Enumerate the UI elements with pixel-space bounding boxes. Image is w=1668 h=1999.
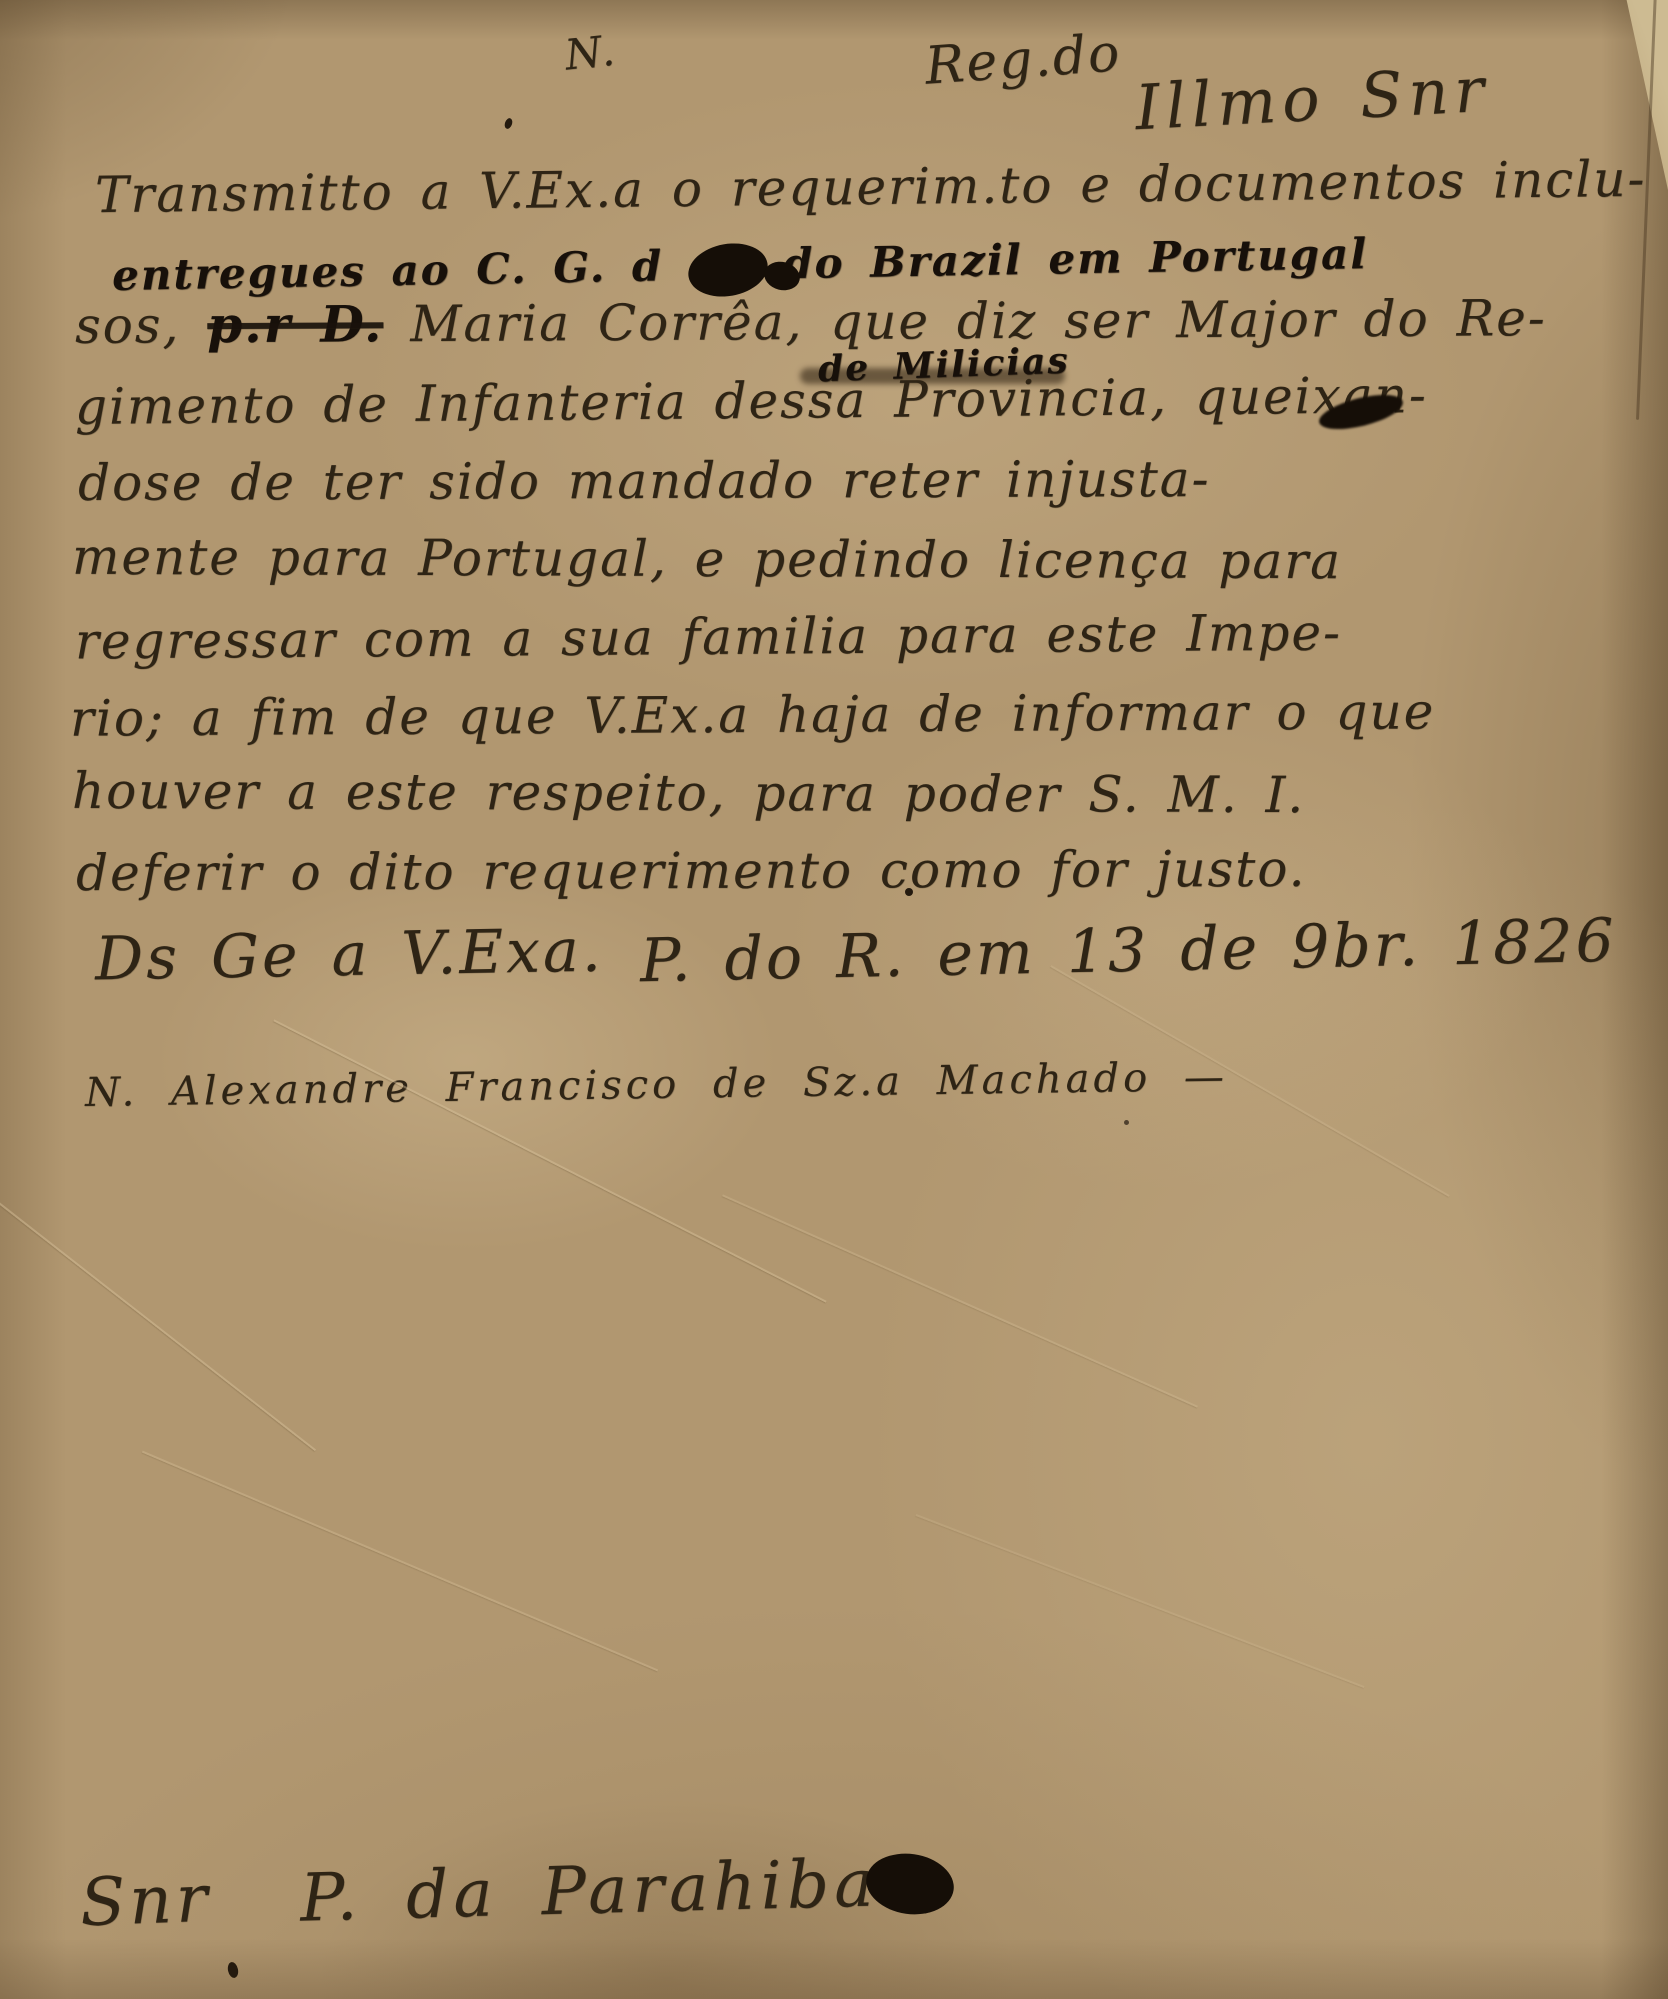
paper-crease (142, 1451, 658, 1672)
manuscript-line-9: deferir o dito requerimento como for jus… (76, 840, 1307, 902)
salutation: Illmo Snr (1133, 53, 1491, 144)
line-2-pre: sos, (75, 296, 181, 355)
corner-mark: N. (563, 25, 619, 79)
paper-crease (722, 1194, 1198, 1407)
manuscript-line-6: regressar com a sua familia para este Im… (75, 604, 1342, 671)
manuscript-page: N. Reg.do Illmo Snr Transmitto a V.Ex.a … (0, 0, 1668, 1999)
manuscript-line-8: houver a este respeito, para poder S. M.… (72, 762, 1305, 824)
place-and-date: P. do R. em 13 de 9br. 1826 (639, 906, 1617, 996)
manuscript-line-1: Transmitto a V.Ex.a o requerim.to e docu… (95, 150, 1647, 224)
manuscript-line-2: sos, p.r D. Maria Corrêa, que diz ser Ma… (75, 288, 1547, 355)
ink-speck (1124, 1120, 1129, 1125)
manuscript-line-7: rio; a fim de que V.Ex.a haja de informa… (70, 682, 1435, 747)
signature: N. Alexandre Francisco de Sz.a Machado — (85, 1054, 1228, 1116)
insertion-1-post: do Brazil em Portugal (783, 229, 1369, 288)
manuscript-line-5: mente para Portugal, e pedindo licença p… (72, 528, 1342, 590)
ink-speck (905, 888, 913, 896)
line-2-struck-word: p.r D. (207, 294, 383, 354)
address-prefix: Snr (79, 1860, 213, 1942)
ink-speck (503, 117, 513, 130)
insertion-1-pre: entregues ao C. G. d (112, 241, 664, 300)
paper-crease (0, 1191, 316, 1451)
paper-crease (916, 1514, 1365, 1688)
registration-note: Reg.do (923, 23, 1123, 97)
ink-speck (226, 1961, 239, 1979)
manuscript-line-4: dose de ter sido mandado reter injusta- (78, 450, 1211, 512)
manuscript-line-3: gimento de Infanteria dessa Provincia, q… (75, 366, 1428, 436)
closing-salute: Ds Ge a V.Exa. (94, 916, 604, 995)
address-line: P. da Parahiba (299, 1844, 879, 1936)
